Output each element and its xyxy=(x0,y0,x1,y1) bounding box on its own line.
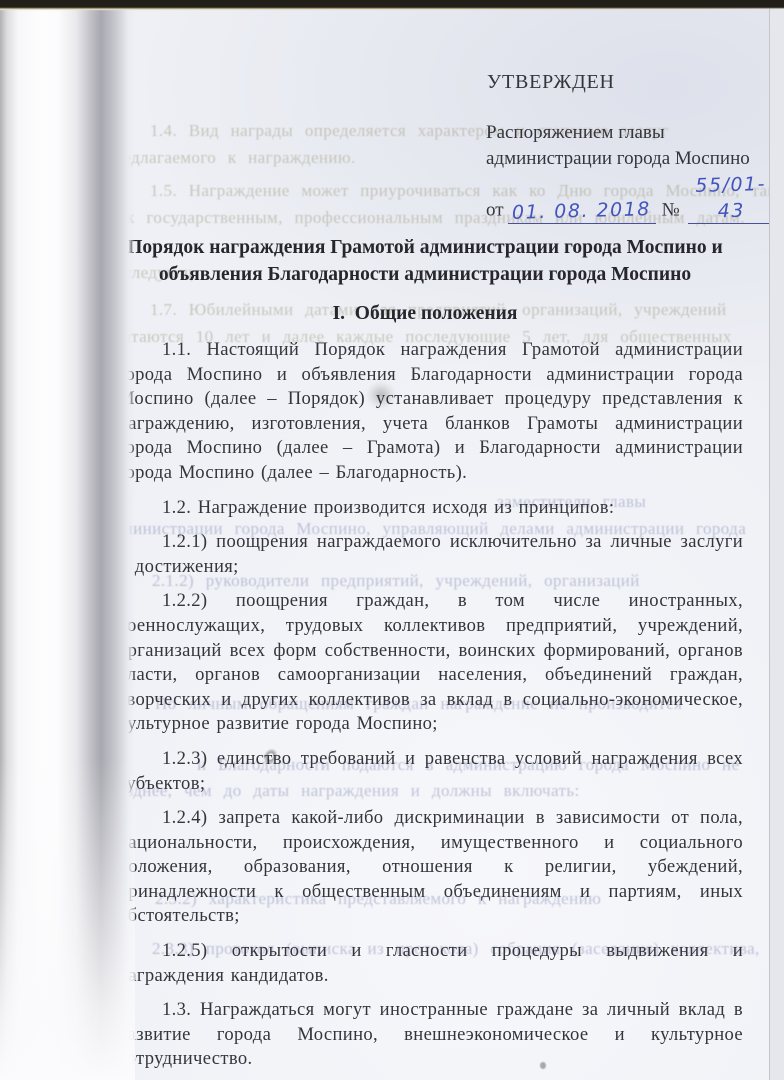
scanned-document-page: 1.4. Вид награды определяется характером… xyxy=(0,0,784,1080)
page-top-edge-shadow xyxy=(0,0,784,12)
page-spine-shadow-fade xyxy=(0,760,135,1080)
body-paragraph: 1.2.1) поощрения награждаемого исключите… xyxy=(118,530,743,579)
body-paragraph: 1.3. Награждаться могут иностранные граж… xyxy=(118,998,743,1072)
document-title-line2: объявления Благодарности администрации г… xyxy=(108,261,742,288)
body-paragraph: 1.1. Настоящий Порядок награждения Грамо… xyxy=(118,338,743,486)
body-paragraph: 1.2.3) единство требований и равенства у… xyxy=(118,747,743,796)
page-spine-shadow xyxy=(0,0,135,1080)
document-title-line1: Порядок награждения Грамотой администрац… xyxy=(108,234,742,261)
document-body: 1.1. Настоящий Порядок награждения Грамо… xyxy=(118,338,743,1080)
section-heading: I. Общие положения xyxy=(108,303,742,325)
body-paragraph: 1.2. Награждение производится исходя из … xyxy=(118,496,743,521)
document-title: Порядок награждения Грамотой администрац… xyxy=(108,234,742,288)
handwritten-number: 55/01-43 xyxy=(687,172,774,225)
body-paragraph: 1.2.5) открытости и гласности процедуры … xyxy=(118,939,743,988)
body-paragraph: 1.2.4) запрета какой-либо дискриминации … xyxy=(118,806,743,929)
order-date-prefix: от xyxy=(486,200,504,221)
handwritten-date: 01. 08. 2018 xyxy=(512,197,651,226)
approval-authority-line: Распоряжением главы xyxy=(486,120,774,146)
number-sign: № xyxy=(662,200,680,221)
body-paragraph: 1.2.2) поощрения граждан, в том числе ин… xyxy=(118,589,743,737)
order-date-line: от01. 08. 2018№55/01-43 xyxy=(486,172,774,224)
bleed-through-line: предлагаемого к награждению. xyxy=(105,148,356,168)
approval-authority-line: администрации города Моспино xyxy=(486,146,774,172)
approved-stamp-label: УТВЕРЖДЕН xyxy=(487,71,615,94)
approval-authority-block: Распоряжением главы администрации города… xyxy=(486,120,774,224)
